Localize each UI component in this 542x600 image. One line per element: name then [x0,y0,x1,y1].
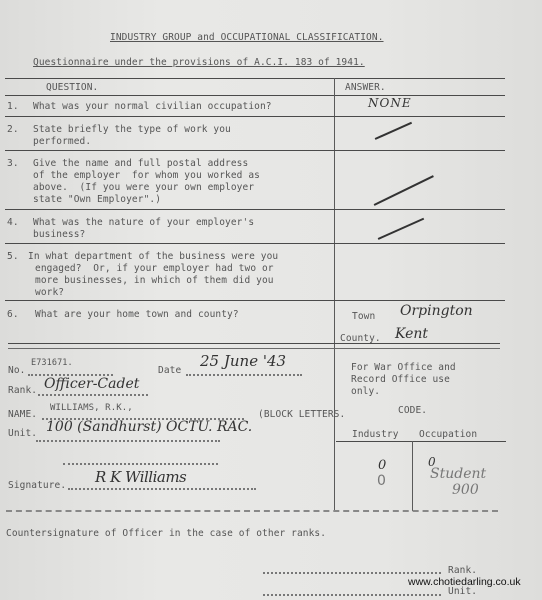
question-text: What are your home town and county? [35,309,239,321]
industry-code-value: 0 [377,473,386,489]
question-text: state "Own Employer".) [33,194,161,206]
date-label: Date [158,365,181,377]
town-label: Town [352,311,375,323]
unit-label: Unit. [8,428,37,440]
row-rule [5,150,505,151]
document-subtitle: Questionnaire under the provisions of A.… [33,57,365,69]
name-label: NAME. [8,409,37,421]
question-text: more businesses, in which of them did yo… [35,275,274,287]
signature-dots [68,488,256,490]
name-value: WILLIAMS, R.K., [50,402,133,414]
question-text: engaged? Or, if your employer had two or [35,263,274,275]
question-text: business? [33,229,85,241]
office-use-note-line: Record Office use [351,374,450,386]
occupation-code-value: 900 [452,482,479,498]
section-dashed-rule [6,510,498,512]
question-number: 3. [7,158,19,170]
row-rule [5,300,505,301]
column-header-question: QUESTION. [46,82,98,94]
question-number: 5. [7,251,19,263]
unit-dots [36,440,220,442]
rank-label: Rank. [8,385,37,397]
document-title: INDUSTRY GROUP and OCCUPATIONAL CLASSIFI… [110,32,384,44]
service-number-value: E731671. [31,357,73,369]
questionnaire-document: INDUSTRY GROUP and OCCUPATIONAL CLASSIFI… [0,0,542,600]
website-watermark: www.chotiedarling.co.uk [408,576,521,588]
question-text: In what department of the business were … [28,251,278,263]
table-top-rule [5,78,505,79]
question-number: 2. [7,124,19,136]
question-text: performed. [33,136,91,148]
answer-slash-mark [374,175,434,205]
answer-civilian-occupation: NONE [368,96,412,110]
column-header-answer: ANSWER. [345,82,386,94]
section-double-rule-bottom [8,348,500,349]
rank-dots [38,394,148,396]
question-text: above. (If you were your own employer [33,182,254,194]
signature-label: Signature. [8,480,66,492]
office-use-note-line: For War Office and [351,362,456,374]
service-number-label: No. [8,365,25,377]
occupation-label: Occupation [419,429,477,441]
county-value: Kent [395,326,428,342]
question-text: State briefly the type of work you [33,124,231,136]
question-text: work? [35,287,64,299]
industry-code-value: 0 [378,458,386,473]
answer-slash-mark [375,122,412,140]
date-dots [186,374,302,376]
office-column-divider [334,343,335,511]
town-value: Orpington [400,303,473,319]
question-text: of the employer for whom you worked as [33,170,260,182]
question-text: Give the name and full postal address [33,158,248,170]
code-column-divider [412,441,413,511]
question-text: What was your normal civilian occupation… [33,101,272,113]
occupation-code-value: Student [430,466,486,482]
extra-line-dots [63,463,218,465]
rank-value: Officer-Cadet [44,376,139,392]
block-letters-note: (BLOCK LETTERS. [258,409,345,421]
code-header-rule [336,441,506,442]
question-text: What was the nature of your employer's [33,217,254,229]
question-number: 1. [7,101,19,113]
office-use-note-line: only. [351,386,380,398]
question-number: 6. [7,309,19,321]
unit-value: 100 (Sandhurst) OCTU. RAC. [46,419,252,435]
section-double-rule-top [8,343,500,344]
countersignature-note: Countersignature of Officer in the case … [6,528,326,540]
industry-label: Industry [352,429,399,441]
code-label: CODE. [398,405,427,417]
column-divider [334,78,335,343]
signature-value: R K Williams [95,468,186,486]
row-rule [5,116,505,117]
date-value: 25 June '43 [200,352,286,370]
header-bottom-rule [5,95,505,96]
row-rule [5,209,505,210]
answer-slash-mark [378,218,424,240]
countersign-rank-dots [263,572,441,574]
countersign-unit-dots [263,594,441,596]
question-number: 4. [7,217,19,229]
row-rule [5,243,505,244]
